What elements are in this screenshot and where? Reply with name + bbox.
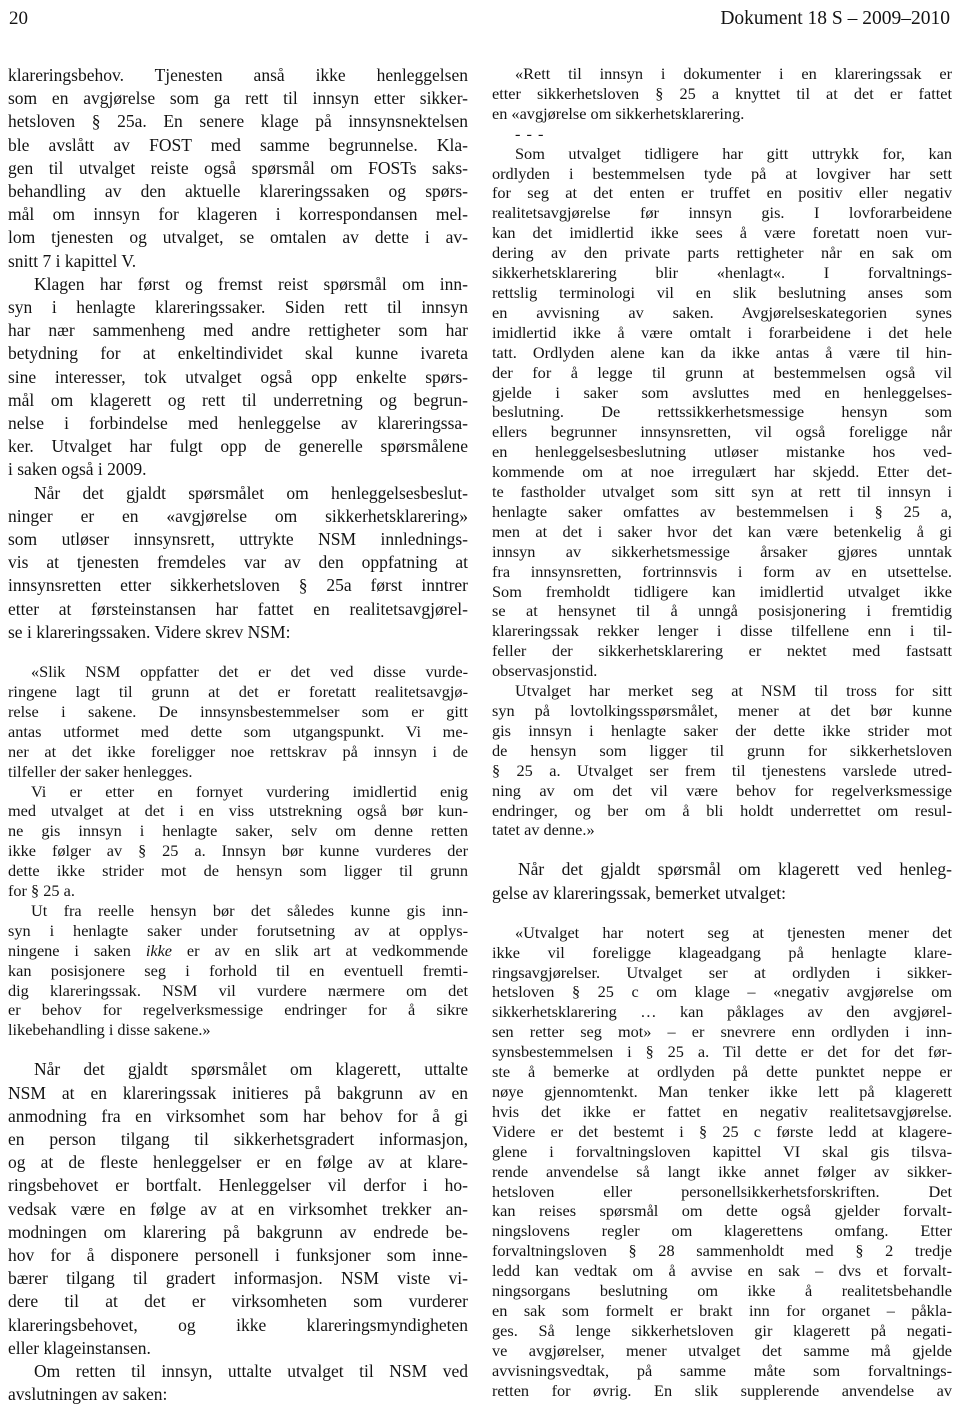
text-line: § 25 a. Utvalget ser frem til tjenestens…: [492, 761, 952, 781]
text-line: ringsbehovet er bortfalt. Henleggelser v…: [8, 1174, 468, 1197]
text-line: klareringsbehovet, og ikke klareringsmyn…: [8, 1314, 468, 1337]
text-line: ble avslått av FOST med samme begrunnels…: [8, 134, 468, 157]
text-line: mål om innsyn for klageren i korresponda…: [8, 203, 468, 226]
text-line: ker. Utvalget har fulgt opp de generelle…: [8, 435, 468, 458]
text-line: hetsloven eller personellsikkerhetsforsk…: [492, 1182, 952, 1202]
text-line: ges. Så lenge sikkerhetsloven gir klager…: [492, 1321, 952, 1341]
text-line: sine interesser, tok utvalget også opp e…: [8, 366, 468, 389]
text-line: klareringssak rekker lenger i disse tilf…: [492, 621, 952, 641]
text-line: Klagen har først og fremst reist spørsmå…: [8, 273, 468, 296]
text-line: en person tilgang til sikkerhetsgradert …: [8, 1128, 468, 1151]
quote-paragraph: Som utvalget tidligere har gitt uttrykk …: [492, 144, 952, 681]
body-paragraph: Om retten til innsyn, uttalte utvalget t…: [8, 1360, 468, 1406]
text-line: avslutningen av saken:: [8, 1383, 468, 1406]
text-line: ordlyden i bestemmelsen tyde på at lovgi…: [492, 164, 952, 184]
text-line: synsbestemmelsen i § 25 a. Til dette er …: [492, 1042, 952, 1062]
text-line: vedsak være en følge av at en virksomhet…: [8, 1198, 468, 1221]
text-line: ningslovens regler om klagerettens omfan…: [492, 1221, 952, 1241]
text-line: rettslig terminologi vil en slik beslutn…: [492, 283, 952, 303]
text-line: kan reises spørsmål om dette også gjelde…: [492, 1201, 952, 1221]
text-line: hetsloven § 25a. En senere klage på inns…: [8, 110, 468, 133]
page-number: 20: [9, 8, 28, 30]
text-line: er behov for regelverksmessige endringer…: [8, 1000, 468, 1020]
text-line: innsyn av sikkerhetsmessige årsaker gjør…: [492, 542, 952, 562]
text-line: se at hensynet til å unngå posisjonering…: [492, 601, 952, 621]
text-line: Om retten til innsyn, uttalte utvalget t…: [8, 1360, 468, 1383]
body-paragraph: Når det gjaldt spørsmål om klagerett ved…: [492, 858, 952, 904]
document-page: 20 Dokument 18 S – 2009–2010 klareringsb…: [0, 0, 960, 1419]
text-line: snitt 7 i kapittel V.: [8, 250, 468, 273]
right-column: «Rett til innsyn i dokumenter i en klare…: [492, 64, 952, 1406]
body-paragraph: Når det gjaldt spørsmålet om henleggelse…: [8, 482, 468, 644]
text-line: ve avgjørelser, mener utvalget det samme…: [492, 1341, 952, 1361]
text-line: tatt. Ordlyden alene kan da ikke antas å…: [492, 343, 952, 363]
body-paragraph: klareringsbehov. Tjenesten anså ikke hen…: [8, 64, 468, 273]
text-line: NSM at en klareringssak initieres på bak…: [8, 1082, 468, 1105]
text-line: hov for å disponere personell i funksjon…: [8, 1244, 468, 1267]
text-line: ellers begrunner innsynsretten, vil også…: [492, 422, 952, 442]
text-line: syn på lovtolkingsspørsmålet, mener at d…: [492, 701, 952, 721]
page-header: 20 Dokument 18 S – 2009–2010: [0, 0, 960, 30]
text-line: «Rett til innsyn i dokumenter i en klare…: [492, 64, 952, 84]
text-line: som en avgjørelse som ga rett til innsyn…: [8, 87, 468, 110]
text-line: sen retter seg mot» – er snevrere enn or…: [492, 1022, 952, 1042]
body-paragraph: Når det gjaldt spørsmålet om klagerett, …: [8, 1058, 468, 1360]
quote-paragraph: Utvalget har merket seg at NSM til tross…: [492, 681, 952, 840]
text-line: en sak som formelt er brakt inn for orga…: [492, 1301, 952, 1321]
document-title: Dokument 18 S – 2009–2010: [720, 8, 950, 30]
text-line: se i klareringssaken. Videre skrev NSM:: [8, 621, 468, 644]
text-line: «Utvalget har notert seg at tjenesten me…: [492, 923, 952, 943]
text-line: for seg at det enten er truffet en posit…: [492, 183, 952, 203]
text-line: Vi er etter en fornyet vurdering imidler…: [8, 782, 468, 802]
text-line: ringsavgjørelser. Utvalget ser at ordlyd…: [492, 963, 952, 983]
text-line: imidlertid ikke å være omtalt i forarbei…: [492, 323, 952, 343]
text-line: Videre er det bestemt i § 25 c første le…: [492, 1122, 952, 1142]
paragraph-gap: [8, 644, 468, 662]
text-line: gis innsyn i henlagte saker der dette ik…: [492, 721, 952, 741]
text-line: feller der sikkerhetsklarering er nektet…: [492, 641, 952, 661]
text-line: en avvisning av saken. Avgjørelseskatego…: [492, 303, 952, 323]
paragraph-gap: [492, 840, 952, 858]
left-column: klareringsbehov. Tjenesten anså ikke hen…: [8, 64, 468, 1406]
text-line: modningen om klarering på bakgrunn av en…: [8, 1221, 468, 1244]
text-line: ninger er en «avgjørelse om sikkerhetskl…: [8, 505, 468, 528]
text-line: observasjonstid.: [492, 661, 952, 681]
text-line: realitetsavgjørelse før innsyn gis. I lo…: [492, 203, 952, 223]
text-line: forvaltningsloven § 28 sammenholdt med §…: [492, 1241, 952, 1261]
text-line: syn i henlagte saker under forutsetning …: [8, 921, 468, 941]
text-line: dering av den private parts rettigheter …: [492, 243, 952, 263]
text-line: tilfeller der saker henlegges.: [8, 762, 468, 782]
text-line: Som utvalget tidligere har gitt uttrykk …: [492, 144, 952, 164]
text-line: en henleggelsesbeslutning utløser mistan…: [492, 442, 952, 462]
text-line: mål om klagerett og rett til underretnin…: [8, 389, 468, 412]
text-line: rende anvendelse så langt ikke annet føl…: [492, 1162, 952, 1182]
text-line: en «avgjørelse om sikkerhetsklarering.: [492, 104, 952, 124]
quote-separator: - - -: [492, 124, 952, 144]
quote-paragraph: «Rett til innsyn i dokumenter i en klare…: [492, 64, 952, 124]
text-line: de hensyn som ligger til grunn for sikke…: [492, 741, 952, 761]
text-line: nøye gjennomtenkt. Man tenker ikke lett …: [492, 1082, 952, 1102]
text-line: likebehandling i disse sakene.»: [8, 1020, 468, 1040]
text-line: med utvalget at det i en viss utstreknin…: [8, 801, 468, 821]
text-line: innsynsretten etter sikkerhetsloven § 25…: [8, 574, 468, 597]
text-line: endringer, og ber om å bli holdt underre…: [492, 801, 952, 821]
text-line: ringene lagt til grunn at det er foretat…: [8, 682, 468, 702]
text-line: Utvalget har merket seg at NSM til tross…: [492, 681, 952, 701]
text-line: kan det imidlertid ikke sees å være fore…: [492, 223, 952, 243]
text-line: eller klageinstansen.: [8, 1337, 468, 1360]
text-line: te fastholder utvalget som sitt syn at r…: [492, 482, 952, 502]
text-line: avvisningsvedtak, på samme måte som forv…: [492, 1361, 952, 1381]
text-line: behandling av den aktuelle klareringssak…: [8, 180, 468, 203]
text-line: i saken også i 2009.: [8, 458, 468, 481]
text-columns: klareringsbehov. Tjenesten anså ikke hen…: [8, 64, 952, 1406]
text-line: Når det gjaldt spørsmål om klagerett ved…: [492, 858, 952, 881]
text-line: ikke følger av § 25 a. Innsyn bør kunne …: [8, 841, 468, 861]
text-line: Som fremholdt tidligere kan imidlertid u…: [492, 582, 952, 602]
text-line: antas utformet med dette som utgangspunk…: [8, 722, 468, 742]
paragraph-gap: [492, 905, 952, 923]
text-line: kan posisjonere seg i forhold til en eve…: [8, 961, 468, 981]
text-line: nelse i forbindelse med henleggelse av k…: [8, 412, 468, 435]
text-line: dig klareringssak. NSM vil vurdere nærme…: [8, 981, 468, 1001]
text-line: for § 25 a.: [8, 881, 468, 901]
text-line: men at det i saker hvor det kan være bet…: [492, 522, 952, 542]
text-line: relse i sakene. De innsynsbestemmelser s…: [8, 702, 468, 722]
text-line: Når det gjaldt spørsmålet om henleggelse…: [8, 482, 468, 505]
text-line: og at de fleste henleggelser er en følge…: [8, 1151, 468, 1174]
text-line: vis at tjenesten fremdeles var av den op…: [8, 551, 468, 574]
quote-paragraph: Ut fra reelle hensyn bør det således kun…: [8, 901, 468, 1040]
text-line: ste å bemerke at ordlyden på dette punkt…: [492, 1062, 952, 1082]
text-line: etter sikkerhetsloven § 25 a knyttet til…: [492, 84, 952, 104]
text-line: der for å legge til grunn at bestemmelse…: [492, 363, 952, 383]
text-line: «Slik NSM oppfatter det er det ved disse…: [8, 662, 468, 682]
text-line: beslutning. De rettssikkerhetsmessige he…: [492, 402, 952, 422]
text-line: Når det gjaldt spørsmålet om klagerett, …: [8, 1058, 468, 1081]
text-line: gen til utvalget reiste også spørsmål om…: [8, 157, 468, 180]
text-line: sikkerhetsklarering blir «henlagt«. I fo…: [492, 263, 952, 283]
text-line: gjelde i saker som avsluttes med en henl…: [492, 383, 952, 403]
text-line: ne gis innsyn i henlagte saker, selv om …: [8, 821, 468, 841]
text-line: ledd kan vedtak om å avvise en sak – dvs…: [492, 1261, 952, 1281]
text-line: fra innsynsretten, fortrinnsvis i form a…: [492, 562, 952, 582]
text-line: lom tjenesten og utvalget, se omtalen av…: [8, 226, 468, 249]
text-line: dette ikke strider mot de hensyn som lig…: [8, 861, 468, 881]
text-line: glene i forvaltningsloven kapittel VI sk…: [492, 1142, 952, 1162]
text-line: retten for øvrig. En slik supplerende an…: [492, 1381, 952, 1401]
quote-paragraph: Vi er etter en fornyet vurdering imidler…: [8, 782, 468, 901]
text-line: gelse av klareringssak, bemerket utvalge…: [492, 882, 952, 905]
text-line: syn i henlagte klareringssaker. Siden re…: [8, 296, 468, 319]
paragraph-gap: [8, 1040, 468, 1058]
text-line: kommende om at noe irregulært har skjedd…: [492, 462, 952, 482]
text-line: Ut fra reelle hensyn bør det således kun…: [8, 901, 468, 921]
text-line: ningsorgans beslutning om ikke å realite…: [492, 1281, 952, 1301]
text-line: sikkerhetsklarering … kan påklages av de…: [492, 1002, 952, 1022]
text-line: har nær sammenheng med andre rettigheter…: [8, 319, 468, 342]
text-line: ningene i saken ikke er av en slik art a…: [8, 941, 468, 961]
text-line: etter at førsteinstansen har fattet en r…: [8, 598, 468, 621]
text-line: tatet av denne.»: [492, 820, 952, 840]
body-paragraph: Klagen har først og fremst reist spørsmå…: [8, 273, 468, 482]
text-line: ning av om det vil være behov for regelv…: [492, 781, 952, 801]
text-line: ikke vil foreligge klageadgang på henlag…: [492, 943, 952, 963]
text-line: anmodning fra en virksomhet som har beho…: [8, 1105, 468, 1128]
text-line: hetsloven § 25 c om klage – «negativ avg…: [492, 982, 952, 1002]
text-line: hvis det ikke er fattet en negativ reali…: [492, 1102, 952, 1122]
text-line: dere til at det er virksomheten som vurd…: [8, 1290, 468, 1313]
text-line: bærer tilgang til gradert informasjon. N…: [8, 1267, 468, 1290]
text-line: betydning for at enkeltindividet skal ku…: [8, 342, 468, 365]
text-line: som utløser innsynsrett, uttrykte NSM in…: [8, 528, 468, 551]
text-line: henlagte saker omfattes av bestemmelsen …: [492, 502, 952, 522]
quote-paragraph: «Utvalget har notert seg at tjenesten me…: [492, 923, 952, 1401]
text-line: klareringsbehov. Tjenesten anså ikke hen…: [8, 64, 468, 87]
quote-paragraph: «Slik NSM oppfatter det er det ved disse…: [8, 662, 468, 781]
text-line: ner at det ikke foreligger noe rettskrav…: [8, 742, 468, 762]
